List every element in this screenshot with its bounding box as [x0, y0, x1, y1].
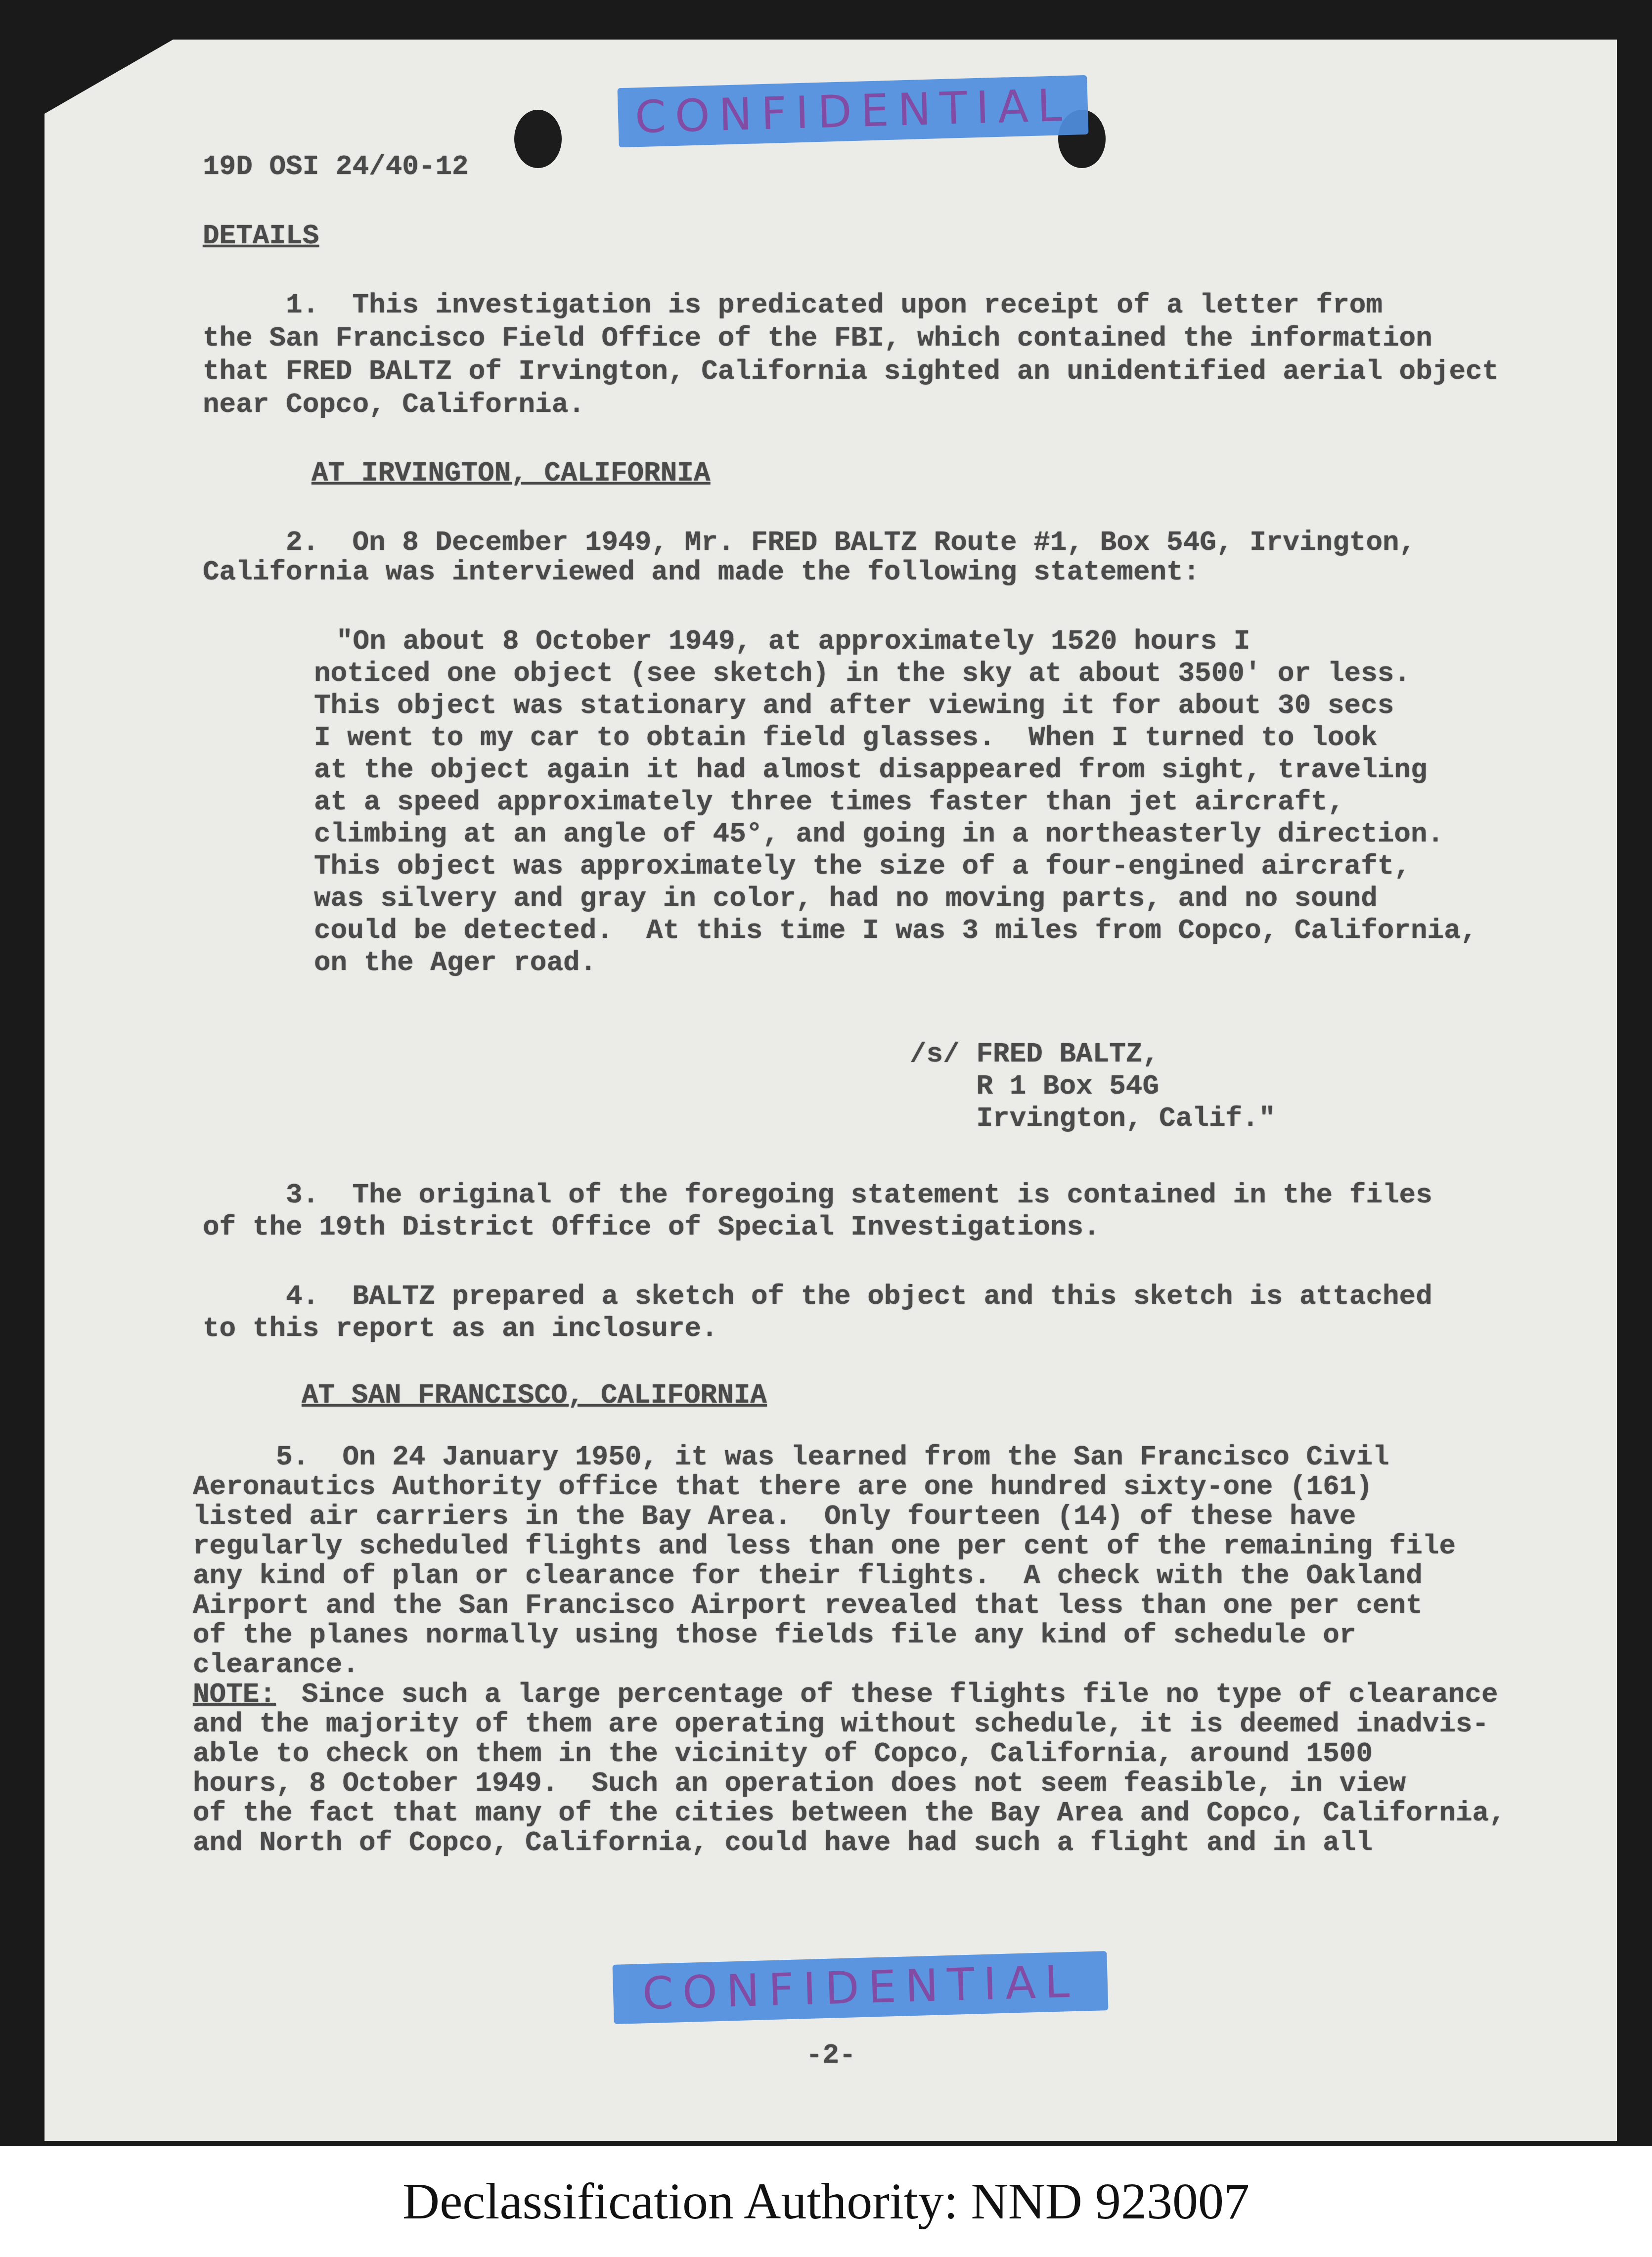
text-line: could be detected. At this time I was 3 … — [314, 915, 1477, 946]
text-line: R 1 Box 54G — [910, 1070, 1159, 1102]
text-line: This object was stationary and after vie… — [314, 690, 1394, 721]
text-line: I went to my car to obtain field glasses… — [314, 722, 1378, 753]
text-line: /s/ FRED BALTZ, — [910, 1038, 1159, 1070]
text-line: California was interviewed and made the … — [203, 556, 1200, 588]
text-line: the San Francisco Field Office of the FB… — [203, 322, 1432, 354]
text-line: This object was approximately the size o… — [314, 850, 1411, 882]
text-line: was silvery and gray in color, had no mo… — [314, 883, 1378, 914]
text-line: at a speed approximately three times fas… — [314, 786, 1344, 818]
text-line: "On about 8 October 1949, at approximate… — [336, 625, 1250, 657]
text-line: that FRED BALTZ of Irvington, California… — [203, 355, 1499, 387]
text-line: of the fact that many of the cities betw… — [193, 1797, 1506, 1829]
text-line: able to check on them in the vicinity of… — [193, 1738, 1373, 1770]
text-line: any kind of plan or clearance for their … — [193, 1560, 1423, 1592]
page-number: -2- — [806, 2039, 856, 2071]
text-line: on the Ager road. — [314, 947, 596, 978]
text-line: at the object again it had almost disapp… — [314, 754, 1428, 786]
text-line: noticed one object (see sketch) in the s… — [314, 658, 1411, 689]
torn-corner — [45, 40, 173, 114]
text-line: clearance. — [193, 1649, 359, 1681]
text-line: listed air carriers in the Bay Area. Onl… — [193, 1501, 1356, 1532]
declassification-footer: Declassification Authority: NND 923007 — [0, 2146, 1652, 2257]
heading-san-francisco: AT SAN FRANCISCO, CALIFORNIA — [302, 1379, 767, 1411]
text-line: 3. The original of the foregoing stateme… — [203, 1179, 1432, 1211]
text-line: and the majority of them are operating w… — [193, 1708, 1489, 1740]
text-line: and North of Copco, California, could ha… — [193, 1827, 1373, 1859]
text-line: of the 19th District Office of Special I… — [203, 1211, 1100, 1243]
text-line: Since such a large percentage of these f… — [302, 1679, 1498, 1710]
punch-hole-left — [514, 110, 562, 168]
section-heading-details: DETAILS — [203, 220, 319, 252]
file-number: 19D OSI 24/40-12 — [203, 151, 469, 182]
text-line: Airport and the San Francisco Airport re… — [193, 1590, 1423, 1621]
text-line: Irvington, Calif." — [910, 1103, 1275, 1134]
text-line: 1. This investigation is predicated upon… — [203, 289, 1383, 321]
text-line: near Copco, California. — [203, 389, 585, 420]
text-line: hours, 8 October 1949. Such an operation… — [193, 1768, 1406, 1799]
text-line: 5. On 24 January 1950, it was learned fr… — [193, 1441, 1389, 1473]
text-line: Aeronautics Authority office that there … — [193, 1471, 1373, 1503]
note-label: NOTE: — [193, 1679, 276, 1710]
heading-irvington: AT IRVINGTON, CALIFORNIA — [312, 457, 711, 489]
text-line: 4. BALTZ prepared a sketch of the object… — [203, 1281, 1432, 1312]
text-line: regularly scheduled flights and less tha… — [193, 1530, 1456, 1562]
text-line: to this report as an inclosure. — [203, 1313, 718, 1344]
text-line: of the planes normally using those field… — [193, 1619, 1356, 1651]
text-line: climbing at an angle of 45°, and going i… — [314, 818, 1444, 850]
text-line: 2. On 8 December 1949, Mr. FRED BALTZ Ro… — [203, 527, 1416, 558]
